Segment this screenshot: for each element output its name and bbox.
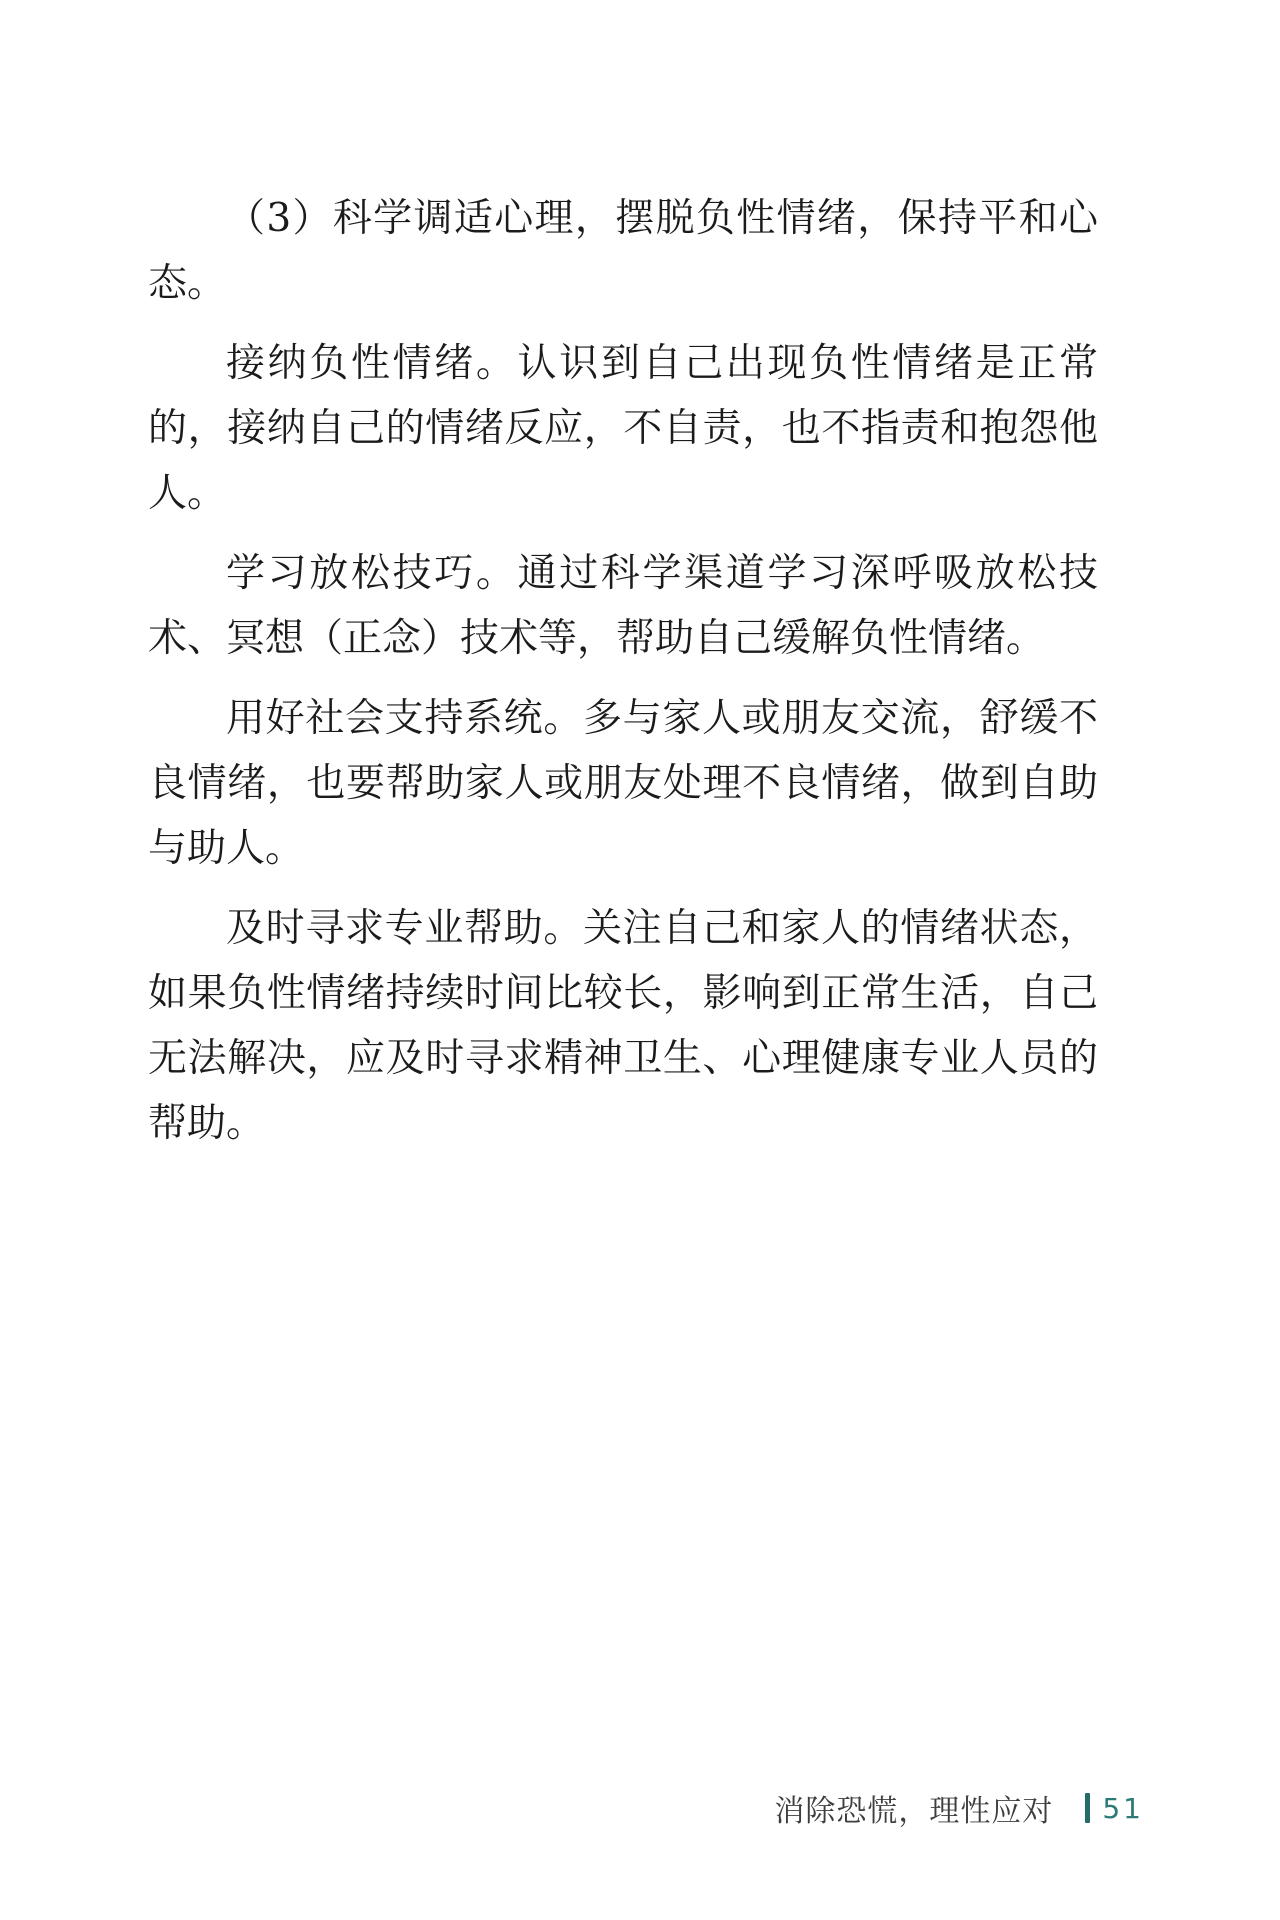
paragraph-4: 用好社会支持系统。多与家人或朋友交流，舒缓不良情绪，也要帮助家人或朋友处理不良情… <box>148 686 1098 881</box>
footer-divider-bar <box>1085 1793 1090 1823</box>
paragraph-3: 学习放松技巧。通过科学渠道学习深呼吸放松技术、冥想（正念）技术等，帮助自己缓解负… <box>148 541 1098 671</box>
footer-page-number: 51 <box>1102 1792 1144 1825</box>
paragraph-5: 及时寻求专业帮助。关注自己和家人的情绪状态，如果负性情绪持续时间比较长，影响到正… <box>148 896 1098 1156</box>
footer-running-title: 消除恐慌，理性应对 <box>774 1786 1053 1830</box>
page-footer: 消除恐慌，理性应对 51 <box>774 1786 1144 1830</box>
body-text: （3）科学调适心理，摆脱负性情绪，保持平和心态。 接纳负性情绪。认识到自己出现负… <box>148 186 1098 1156</box>
paragraph-2: 接纳负性情绪。认识到自己出现负性情绪是正常的，接纳自己的情绪反应，不自责，也不指… <box>148 331 1098 526</box>
document-page: （3）科学调适心理，摆脱负性情绪，保持平和心态。 接纳负性情绪。认识到自己出现负… <box>0 0 1280 1920</box>
paragraph-1: （3）科学调适心理，摆脱负性情绪，保持平和心态。 <box>148 186 1098 316</box>
